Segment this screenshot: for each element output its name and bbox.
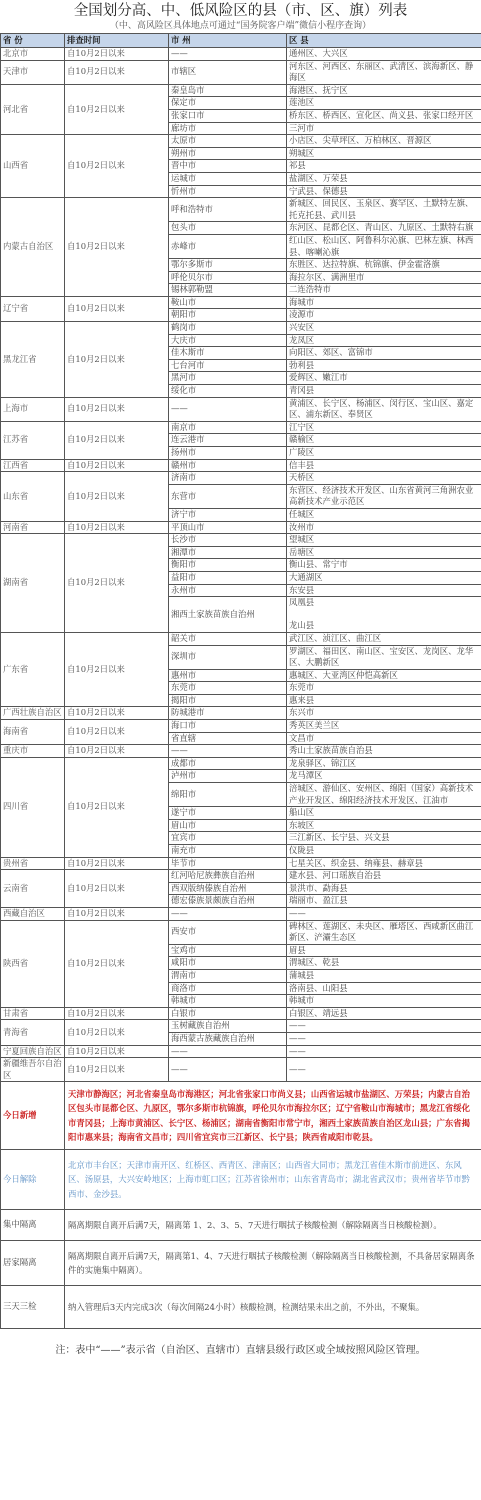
city-cell: 佳木斯市	[169, 347, 287, 360]
province-cell: 辽宁省	[1, 296, 65, 321]
district-cell: 向阳区、郊区、富锦市	[287, 347, 481, 360]
table-row: 重庆市自10月2日以来——秀山土家族苗族自治县	[1, 745, 481, 758]
summary-text: 隔离期限自离开后满7天，隔离第 1、2、3、5、7天进行咽拭子核酸检测（解除隔离…	[65, 1209, 481, 1240]
date-cell: 自10月2日以来	[65, 60, 169, 84]
date-cell: 自10月2日以来	[65, 421, 169, 459]
district-cell: 汝州市	[287, 521, 481, 534]
district-cell: 船山区	[287, 807, 481, 820]
district-cell: 兴安区	[287, 322, 481, 335]
district-cell: 三河市	[287, 122, 481, 135]
district-cell: 天桥区	[287, 472, 481, 485]
city-cell: 大庆市	[169, 334, 287, 347]
district-cell: 白银区、靖远县	[287, 1007, 481, 1020]
district-cell: 涪城区、游仙区、安州区、绵阳（国家）高新技术产业开发区、绵阳经济技术开发区、江油…	[287, 783, 481, 807]
city-cell: 济宁市	[169, 508, 287, 521]
district-cell: 朔城区	[287, 147, 481, 160]
province-cell: 贵州省	[1, 857, 65, 870]
province-cell: 湖南省	[1, 534, 65, 633]
province-cell: 宁夏回族自治区	[1, 1045, 65, 1058]
district-cell: 东坡区	[287, 819, 481, 832]
risk-area-document: 全国划分高、中、低风险区的县（市、区、旗）列表 （中、高风险区具体地点可通过“国…	[0, 0, 481, 1356]
date-cell: 自10月2日以来	[65, 745, 169, 758]
city-cell: 眉山市	[169, 819, 287, 832]
city-cell: 呼和浩特市	[169, 198, 287, 222]
summary-table: 今日新增天津市静海区；河北省秦皇岛市海港区；河北省张家口市尚义县；山西省运城市盐…	[0, 1081, 481, 1328]
city-cell: 湘潭市	[169, 546, 287, 559]
table-row: 上海市自10月2日以来——黄浦区、长宁区、杨浦区、闵行区、宝山区、嘉定区、浦东新…	[1, 397, 481, 421]
table-row: 河南省自10月2日以来平顶山市汝州市	[1, 521, 481, 534]
district-cell: 渭城区、乾县	[287, 957, 481, 970]
summary-text: 北京市丰台区；天津市南开区、红桥区、西青区、津南区；山西省大同市；黑龙江省佳木斯…	[65, 1150, 481, 1210]
district-cell: ——	[287, 907, 481, 920]
date-cell: 自10月2日以来	[65, 48, 169, 61]
city-cell: 平顶山市	[169, 521, 287, 534]
district-cell: 任城区	[287, 508, 481, 521]
province-cell: 河北省	[1, 84, 65, 134]
city-cell: 秦皇岛市	[169, 84, 287, 97]
date-cell: 自10月2日以来	[65, 632, 169, 707]
city-cell: ——	[169, 907, 287, 920]
table-row: 辽宁省自10月2日以来鞍山市海城市	[1, 296, 481, 309]
city-cell: 南京市	[169, 421, 287, 434]
district-cell: 信丰县	[287, 459, 481, 472]
city-cell: 市辖区	[169, 60, 287, 84]
city-cell: 朝阳市	[169, 309, 287, 322]
district-cell: 岳塘区	[287, 546, 481, 559]
table-row: 天津市自10月2日以来市辖区河东区、河西区、东丽区、武清区、滨海新区、静海区	[1, 60, 481, 84]
province-cell: 江西省	[1, 459, 65, 472]
province-cell: 广东省	[1, 632, 65, 707]
province-cell: 重庆市	[1, 745, 65, 758]
table-row: 山西省自10月2日以来太原市小店区、尖草坪区、万柏林区、晋源区	[1, 135, 481, 148]
city-cell: 泸州市	[169, 770, 287, 783]
district-cell: 青冈县	[287, 385, 481, 398]
district-cell: 龙马潭区	[287, 770, 481, 783]
table-row: 西藏自治区自10月2日以来————	[1, 907, 481, 920]
header-city: 市 州	[169, 34, 287, 48]
district-cell: 凌源市	[287, 309, 481, 322]
summary-text: 天津市静海区；河北省秦皇岛市海港区；河北省张家口市尚义县；山西省运城市盐湖区、万…	[65, 1082, 481, 1150]
date-cell: 自10月2日以来	[65, 1007, 169, 1020]
city-cell: 廊坊市	[169, 122, 287, 135]
table-row: 海南省自10月2日以来海口市秀英区美兰区	[1, 720, 481, 733]
city-cell: 永州市	[169, 584, 287, 597]
district-cell: 祁县	[287, 160, 481, 173]
city-cell: 黑河市	[169, 372, 287, 385]
district-cell: 衡山县、常宁市	[287, 559, 481, 572]
district-cell: 秀山土家族苗族自治县	[287, 745, 481, 758]
province-cell: 黑龙江省	[1, 322, 65, 398]
table-row: 江西省自10月2日以来赣州市信丰县	[1, 459, 481, 472]
table-row: 四川省自10月2日以来成都市龙泉驿区、锦江区	[1, 757, 481, 770]
date-cell: 自10月2日以来	[65, 757, 169, 857]
date-cell: 自10月2日以来	[65, 534, 169, 633]
summary-text: 隔离期限自离开后满7天，隔离第1、4、7天进行咽拭子核酸检测（解除隔离当日核酸检…	[65, 1240, 481, 1285]
district-cell: 海港区、抚宁区	[287, 84, 481, 97]
date-cell: 自10月2日以来	[65, 521, 169, 534]
table-row: 北京市自10月2日以来——通州区、大兴区	[1, 48, 481, 61]
city-cell: 衡阳市	[169, 559, 287, 572]
city-cell: 包头市	[169, 222, 287, 235]
district-cell: 韩城市	[287, 995, 481, 1008]
date-cell: 自10月2日以来	[65, 1020, 169, 1045]
district-cell: 仪陇县	[287, 845, 481, 858]
district-cell: ——	[287, 1032, 481, 1045]
city-cell: 防城港市	[169, 707, 287, 720]
city-cell: 鄂尔多斯市	[169, 259, 287, 272]
province-cell: 广西壮族自治区	[1, 707, 65, 720]
date-cell: 自10月2日以来	[65, 459, 169, 472]
city-cell: 东营市	[169, 484, 287, 508]
city-cell: 东莞市	[169, 682, 287, 695]
city-cell: 运城市	[169, 172, 287, 185]
city-cell: 韶关市	[169, 632, 287, 645]
city-cell: 济南市	[169, 472, 287, 485]
summary-label: 居家隔离	[1, 1240, 65, 1285]
date-cell: 自10月2日以来	[65, 1045, 169, 1058]
city-cell: 南充市	[169, 845, 287, 858]
city-cell: 揭阳市	[169, 694, 287, 707]
district-cell: 碑林区、莲湖区、未央区、雁塔区、西咸新区曲江新区、浐灞生态区	[287, 920, 481, 944]
city-cell: 赤峰市	[169, 234, 287, 258]
city-cell: 西安市	[169, 920, 287, 944]
summary-row-lifted: 今日解除北京市丰台区；天津市南开区、红桥区、西青区、津南区；山西省大同市；黑龙江…	[1, 1150, 481, 1210]
province-cell: 山西省	[1, 135, 65, 198]
city-cell: 鹤岗市	[169, 322, 287, 335]
district-cell: 秀英区美兰区	[287, 720, 481, 733]
city-cell: 玉树藏族自治州	[169, 1020, 287, 1033]
city-cell: 深圳市	[169, 645, 287, 669]
summary-label: 今日新增	[1, 1082, 65, 1150]
city-cell: 朔州市	[169, 147, 287, 160]
district-cell: 红山区、松山区、阿鲁科尔沁旗、巴林左旗、林西县、喀喇沁旗	[287, 234, 481, 258]
city-cell: 海西蒙古族藏族自治州	[169, 1032, 287, 1045]
date-cell: 自10月2日以来	[65, 920, 169, 1007]
district-cell: ——	[287, 1058, 481, 1082]
city-cell: 益阳市	[169, 571, 287, 584]
city-cell: 绵阳市	[169, 783, 287, 807]
district-cell: 小店区、尖草坪区、万柏林区、晋源区	[287, 135, 481, 148]
district-cell: 海拉尔区、满洲里市	[287, 271, 481, 284]
city-cell: 西双版纳傣族自治州	[169, 882, 287, 895]
district-cell: 眉县	[287, 944, 481, 957]
table-row: 内蒙古自治区自10月2日以来呼和浩特市新城区、回民区、玉泉区、赛罕区、土默特左旗…	[1, 198, 481, 222]
city-cell: 德宏傣族景颇族自治州	[169, 895, 287, 908]
district-cell: 景洪市、勐海县	[287, 882, 481, 895]
province-cell: 四川省	[1, 757, 65, 857]
city-cell: 七台河市	[169, 359, 287, 372]
province-cell: 北京市	[1, 48, 65, 61]
district-cell: 东河区、昆都仑区、青山区、九原区、土默特右旗	[287, 222, 481, 235]
district-cell: 桥东区、桥西区、宣化区、尚义县、张家口经开区	[287, 109, 481, 122]
page-subtitle: （中、高风险区具体地点可通过“国务院客户端”微信小程序查询）	[0, 21, 481, 32]
city-cell: 连云港市	[169, 434, 287, 447]
table-row: 黑龙江省自10月2日以来鹤岗市兴安区	[1, 322, 481, 335]
city-cell: 白银市	[169, 1007, 287, 1020]
city-cell: 海口市	[169, 720, 287, 733]
district-cell: 龙泉驿区、锦江区	[287, 757, 481, 770]
city-cell: 成都市	[169, 757, 287, 770]
district-cell: 东兴市	[287, 707, 481, 720]
district-cell: 建水县、河口瑶族自治县	[287, 870, 481, 883]
table-row: 河北省自10月2日以来秦皇岛市海港区、抚宁区	[1, 84, 481, 97]
province-cell: 天津市	[1, 60, 65, 84]
district-cell: 七星关区、织金县、纳雍县、赫章县	[287, 857, 481, 870]
province-cell: 陕西省	[1, 920, 65, 1007]
province-cell: 山东省	[1, 472, 65, 521]
city-cell: ——	[169, 1045, 287, 1058]
date-cell: 自10月2日以来	[65, 870, 169, 908]
district-cell: 三江新区、长宁县、兴文县	[287, 832, 481, 845]
district-cell: 文昌市	[287, 732, 481, 745]
footnote: 注：表中“——”表示省（自治区、直辖市）直辖县级行政区或全域按照风险区管理。	[0, 1341, 481, 1356]
province-cell: 江苏省	[1, 421, 65, 459]
district-cell: 凤凰县 龙山县	[287, 597, 481, 633]
date-cell: 自10月2日以来	[65, 397, 169, 421]
city-cell: 咸阳市	[169, 957, 287, 970]
date-cell: 自10月2日以来	[65, 907, 169, 920]
table-row: 陕西省自10月2日以来西安市碑林区、莲湖区、未央区、雁塔区、西咸新区曲江新区、浐…	[1, 920, 481, 944]
table-header-row: 省 份 排查时间 市 州 区 县	[1, 34, 481, 48]
province-cell: 河南省	[1, 521, 65, 534]
district-cell: 广陵区	[287, 447, 481, 460]
city-cell: 韩城市	[169, 995, 287, 1008]
district-cell: 武江区、浈江区、曲江区	[287, 632, 481, 645]
city-cell: 锡林郭勒盟	[169, 284, 287, 297]
city-cell: ——	[169, 48, 287, 61]
district-cell: 新城区、回民区、玉泉区、赛罕区、土默特左旗、托克托县、武川县	[287, 198, 481, 222]
district-cell: ——	[287, 1020, 481, 1033]
district-cell: 黄浦区、长宁区、杨浦区、闵行区、宝山区、嘉定区、浦东新区、奉贤区	[287, 397, 481, 421]
table-row: 云南省自10月2日以来红河哈尼族彝族自治州建水县、河口瑶族自治县	[1, 870, 481, 883]
district-cell: 东安县	[287, 584, 481, 597]
district-cell: 盐湖区、万荣县	[287, 172, 481, 185]
city-cell: 宝鸡市	[169, 944, 287, 957]
province-cell: 青海省	[1, 1020, 65, 1045]
summary-row-three: 三天三检纳入管理后3天内完成3次（每次间隔24小时）核酸检测，检测结果未出之前，…	[1, 1285, 481, 1328]
city-cell: 太原市	[169, 135, 287, 148]
district-cell: 惠城区、大亚湾区仲恺高新区	[287, 669, 481, 682]
city-cell: 绥化市	[169, 385, 287, 398]
city-cell: 毕节市	[169, 857, 287, 870]
header-district: 区 县	[287, 34, 481, 48]
date-cell: 自10月2日以来	[65, 84, 169, 134]
date-cell: 自10月2日以来	[65, 472, 169, 521]
table-row: 宁夏回族自治区自10月2日以来————	[1, 1045, 481, 1058]
summary-row-central: 集中隔离隔离期限自离开后满7天，隔离第 1、2、3、5、7天进行咽拭子核酸检测（…	[1, 1209, 481, 1240]
table-row: 广西壮族自治区自10月2日以来防城港市东兴市	[1, 707, 481, 720]
date-cell: 自10月2日以来	[65, 198, 169, 297]
date-cell: 自10月2日以来	[65, 1058, 169, 1082]
province-cell: 西藏自治区	[1, 907, 65, 920]
summary-row-home: 居家隔离隔离期限自离开后满7天，隔离第1、4、7天进行咽拭子核酸检测（解除隔离当…	[1, 1240, 481, 1285]
district-cell: 通州区、大兴区	[287, 48, 481, 61]
district-cell: 爱辉区、嫩江市	[287, 372, 481, 385]
district-cell: 大通湖区	[287, 571, 481, 584]
city-cell: 省直辖	[169, 732, 287, 745]
city-cell: ——	[169, 745, 287, 758]
district-cell: 海城市	[287, 296, 481, 309]
city-cell: 湘西土家族苗族自治州	[169, 597, 287, 633]
district-cell: 望城区	[287, 534, 481, 547]
district-cell: 二连浩特市	[287, 284, 481, 297]
province-cell: 云南省	[1, 870, 65, 908]
city-cell: 遂宁市	[169, 807, 287, 820]
summary-label: 集中隔离	[1, 1209, 65, 1240]
city-cell: 长沙市	[169, 534, 287, 547]
summary-row-new: 今日新增天津市静海区；河北省秦皇岛市海港区；河北省张家口市尚义县；山西省运城市盐…	[1, 1082, 481, 1150]
city-cell: 忻州市	[169, 185, 287, 198]
district-cell: 洛南县、山阳县	[287, 982, 481, 995]
summary-label: 今日解除	[1, 1150, 65, 1210]
district-cell: 东莞市	[287, 682, 481, 695]
table-row: 山东省自10月2日以来济南市天桥区	[1, 472, 481, 485]
table-row: 新疆维吾尔自治区自10月2日以来————	[1, 1058, 481, 1082]
city-cell: 红河哈尼族彝族自治州	[169, 870, 287, 883]
district-cell: 江宁区	[287, 421, 481, 434]
district-cell: 蒲城县	[287, 969, 481, 982]
city-cell: 惠州市	[169, 669, 287, 682]
province-cell: 上海市	[1, 397, 65, 421]
page-title: 全国划分高、中、低风险区的县（市、区、旗）列表	[0, 0, 481, 21]
province-cell: 内蒙古自治区	[1, 198, 65, 297]
district-cell: 瑞丽市、盈江县	[287, 895, 481, 908]
city-cell: 商洛市	[169, 982, 287, 995]
date-cell: 自10月2日以来	[65, 720, 169, 745]
city-cell: 渭南市	[169, 969, 287, 982]
district-cell: 莲池区	[287, 97, 481, 110]
district-cell: 河东区、河西区、东丽区、武清区、滨海新区、静海区	[287, 60, 481, 84]
district-cell: 勃利县	[287, 359, 481, 372]
district-cell: 惠来县	[287, 694, 481, 707]
summary-label: 三天三检	[1, 1285, 65, 1328]
table-row: 江苏省自10月2日以来南京市江宁区	[1, 421, 481, 434]
date-cell: 自10月2日以来	[65, 707, 169, 720]
district-cell: 东胜区、达拉特旗、杭锦旗、伊金霍洛旗	[287, 259, 481, 272]
city-cell: ——	[169, 1058, 287, 1082]
summary-text: 纳入管理后3天内完成3次（每次间隔24小时）核酸检测，检测结果未出之前，不外出，…	[65, 1285, 481, 1328]
city-cell: 呼伦贝尔市	[169, 271, 287, 284]
table-row: 广东省自10月2日以来韶关市武江区、浈江区、曲江区	[1, 632, 481, 645]
city-cell: ——	[169, 397, 287, 421]
risk-area-table: 省 份 排查时间 市 州 区 县 北京市自10月2日以来——通州区、大兴区天津市…	[0, 33, 481, 1082]
table-row: 贵州省自10月2日以来毕节市七星关区、织金县、纳雍县、赫章县	[1, 857, 481, 870]
district-cell: 罗湖区、福田区、南山区、宝安区、龙岗区、龙华区、大鹏新区	[287, 645, 481, 669]
district-cell: 龙凤区	[287, 334, 481, 347]
district-cell: ——	[287, 1045, 481, 1058]
city-cell: 晋中市	[169, 160, 287, 173]
city-cell: 扬州市	[169, 447, 287, 460]
city-cell: 保定市	[169, 97, 287, 110]
header-time: 排查时间	[65, 34, 169, 48]
header-province: 省 份	[1, 34, 65, 48]
date-cell: 自10月2日以来	[65, 322, 169, 398]
table-row: 甘肃省自10月2日以来白银市白银区、靖远县	[1, 1007, 481, 1020]
city-cell: 鞍山市	[169, 296, 287, 309]
table-row: 湖南省自10月2日以来长沙市望城区	[1, 534, 481, 547]
district-cell: 东营区、经济技术开发区、山东省黄河三角洲农业高新技术产业示范区	[287, 484, 481, 508]
district-cell: 宁武县、保德县	[287, 185, 481, 198]
province-cell: 甘肃省	[1, 1007, 65, 1020]
date-cell: 自10月2日以来	[65, 296, 169, 321]
table-row: 青海省自10月2日以来玉树藏族自治州——	[1, 1020, 481, 1033]
district-cell: 赣榆区	[287, 434, 481, 447]
date-cell: 自10月2日以来	[65, 857, 169, 870]
city-cell: 宜宾市	[169, 832, 287, 845]
date-cell: 自10月2日以来	[65, 135, 169, 198]
city-cell: 张家口市	[169, 109, 287, 122]
province-cell: 新疆维吾尔自治区	[1, 1058, 65, 1082]
province-cell: 海南省	[1, 720, 65, 745]
city-cell: 赣州市	[169, 459, 287, 472]
